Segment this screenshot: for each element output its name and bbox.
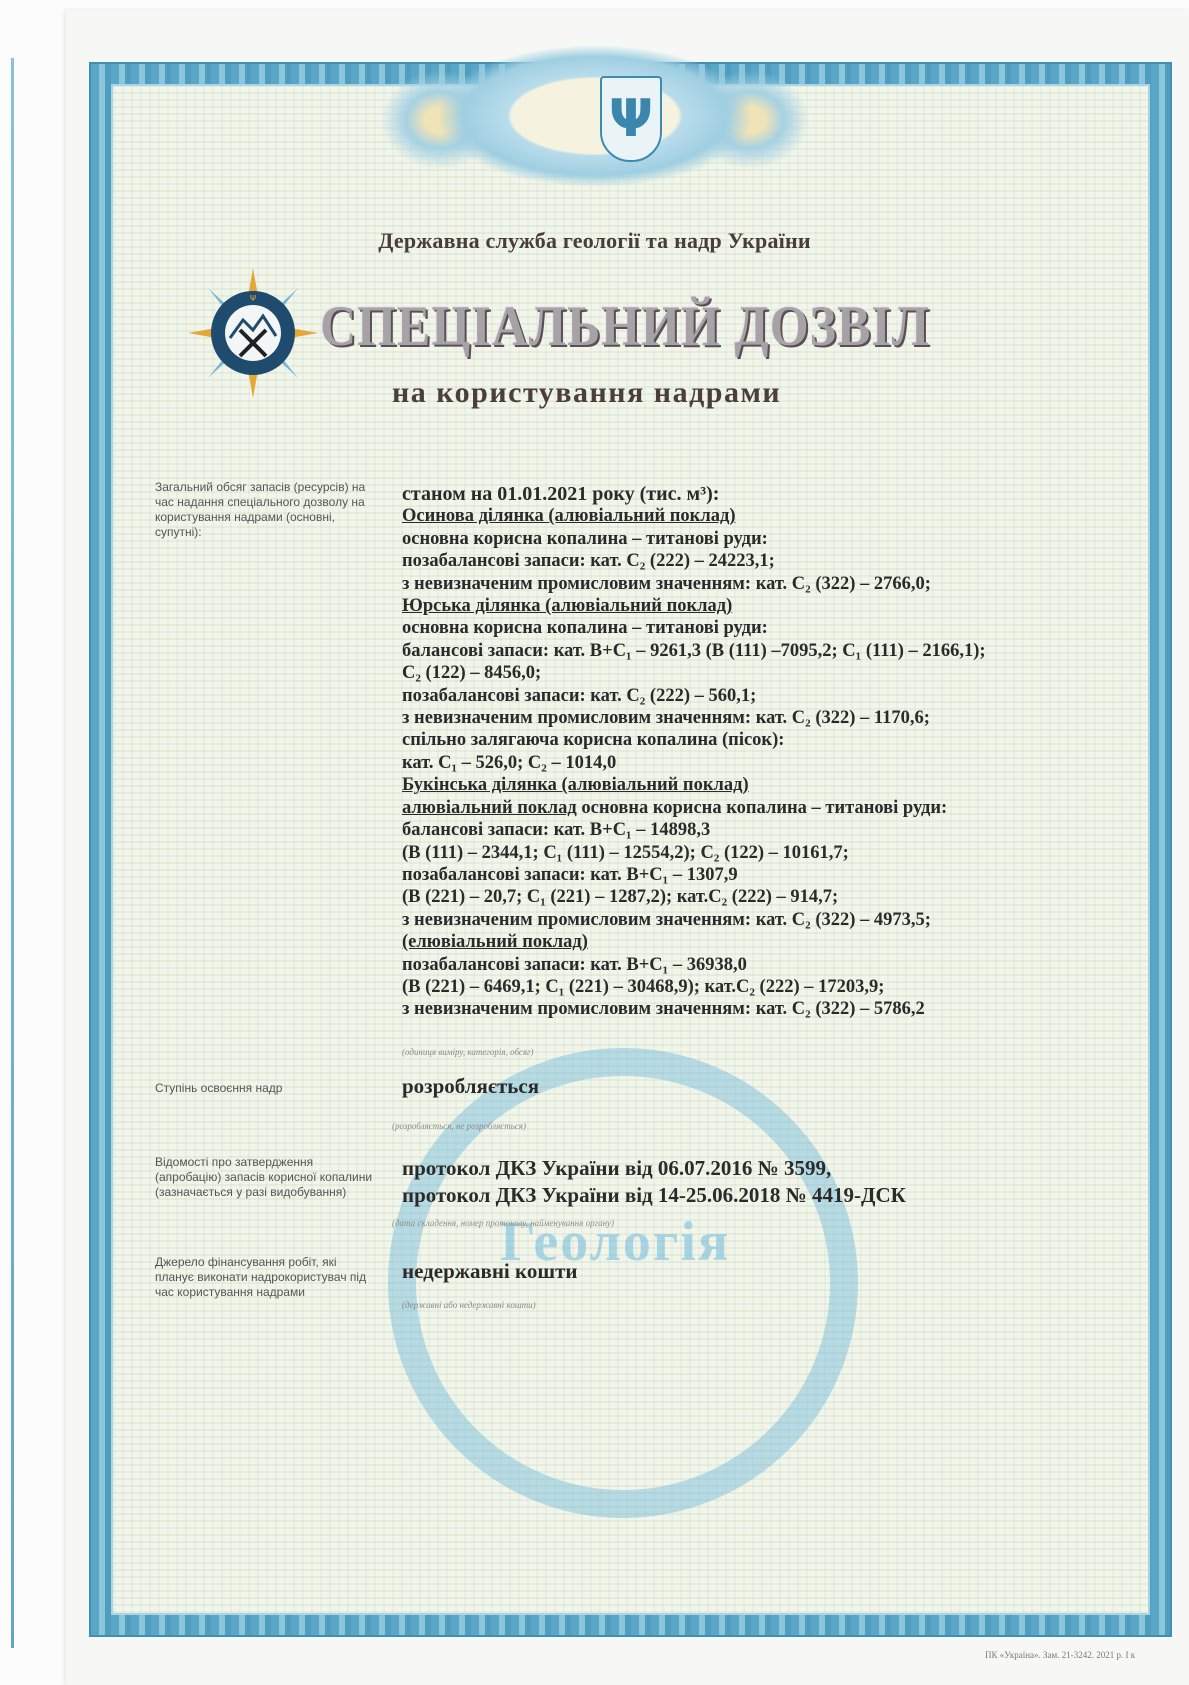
issuing-agency: Державна служба геології та надр України <box>0 228 1189 254</box>
reserve-section-heading: Юрська ділянка (алювіальний поклад) <box>402 596 732 616</box>
reserve-line: Юрська ділянка (алювіальний поклад) <box>402 595 986 617</box>
reserve-line: з невизначеним промисловим значенням: ка… <box>402 909 986 931</box>
reserve-text: основна корисна копалина – титанові руди… <box>577 798 947 818</box>
reserve-line: з невизначеним промисловим значенням: ка… <box>402 998 986 1020</box>
development-value: розробляється <box>402 1075 539 1097</box>
document-subtitle: на користування надрами <box>392 376 781 410</box>
reserve-section-heading: Букінська ділянка (алювіальний поклад) <box>402 775 749 795</box>
reserves-value: станом на 01.01.2021 року (тис. м³):Осин… <box>402 483 986 1021</box>
reserve-text: з невизначеним промисловим значенням: ка… <box>402 910 931 930</box>
reserve-line: позабалансові запаси: кат. B+C₁ – 1307,9 <box>402 864 986 886</box>
reserve-section-heading: алювіальний поклад <box>402 798 577 818</box>
reserve-line: C₂ (122) – 8456,0; <box>402 662 986 684</box>
geology-stamp-watermark <box>388 1048 858 1518</box>
reserve-line: з невизначеним промисловим значенням: ка… <box>402 573 986 595</box>
svg-text:Ψ: Ψ <box>250 294 256 303</box>
reserve-line: основна корисна копалина – титанові руди… <box>402 617 986 639</box>
reserve-text: основна корисна копалина – титанові руди… <box>402 618 768 638</box>
reserve-text: основна корисна копалина – титанові руди… <box>402 529 768 549</box>
reserve-line: Букінська ділянка (алювіальний поклад) <box>402 774 986 796</box>
reserve-text: з невизначеним промисловим значенням: ка… <box>402 999 925 1019</box>
approval-label: Відомості про затвердження (апробацію) з… <box>155 1155 375 1200</box>
reserve-line: балансові запаси: кат. B+C₁ – 14898,3 <box>402 819 986 841</box>
reserve-line: алювіальний поклад основна корисна копал… <box>402 797 986 819</box>
reserve-line: станом на 01.01.2021 року (тис. м³): <box>402 483 986 505</box>
reserve-text: балансові запаси: кат. B+C₁ – 9261,3 (B … <box>402 641 986 661</box>
reserve-line: (B (221) – 20,7; C₁ (221) – 1287,2); кат… <box>402 886 986 908</box>
reserve-text: станом на 01.01.2021 року (тис. м³): <box>402 483 719 505</box>
financing-label: Джерело фінансування робіт, які планує в… <box>155 1255 375 1300</box>
reserves-hint: (одиниця виміру, категорія, обсяг) <box>402 1047 534 1057</box>
crest-rosette <box>440 46 750 186</box>
reserve-line: кат. C₁ – 526,0; C₂ – 1014,0 <box>402 752 986 774</box>
reserve-line: позабалансові запаси: кат. C₂ (222) – 24… <box>402 550 986 572</box>
reserves-label: Загальний обсяг запасів (ресурсів) на ча… <box>155 480 375 540</box>
reserve-text: кат. C₁ – 526,0; C₂ – 1014,0 <box>402 753 616 773</box>
reserve-line: спільно залягаюча корисна копалина (пісо… <box>402 729 986 751</box>
reserve-text: з невизначеним промисловим значенням: ка… <box>402 574 931 594</box>
reserve-text: балансові запаси: кат. B+C₁ – 14898,3 <box>402 820 710 840</box>
reserve-text: (B (221) – 6469,1; C₁ (221) – 30468,9); … <box>402 977 884 997</box>
geology-service-emblem-icon: Ψ <box>188 268 318 398</box>
approval-hint: (дата складення, номер протоколу, наймен… <box>392 1218 614 1228</box>
reserve-line: (B (111) – 2344,1; C₁ (111) – 12554,2); … <box>402 842 986 864</box>
reserve-text: позабалансові запаси: кат. B+C₁ – 1307,9 <box>402 865 738 885</box>
approval-value: протокол ДКЗ України від 06.07.2016 № 35… <box>402 1155 906 1209</box>
reserve-line: позабалансові запаси: кат. C₂ (222) – 56… <box>402 685 986 707</box>
development-label: Ступінь освоєння надр <box>155 1081 375 1096</box>
reserve-text: позабалансові запаси: кат. C₂ (222) – 24… <box>402 551 775 571</box>
reserve-text: позабалансові запаси: кат. C₂ (222) – 56… <box>402 686 756 706</box>
reserve-line: з невизначеним промисловим значенням: ка… <box>402 707 986 729</box>
trident-coat-of-arms-icon: Ψ <box>600 76 662 162</box>
reserve-section-heading: Осинова ділянка (алювіальний поклад) <box>402 506 736 526</box>
print-info: ПК «Україна». Зам. 21-3242. 2021 р. I к <box>985 1650 1135 1660</box>
document-title: СПЕЦІАЛЬНИЙ ДОЗВІЛ <box>320 292 930 359</box>
approval-line: протокол ДКЗ України від 14-25.06.2018 №… <box>402 1182 906 1209</box>
reserve-line: основна корисна копалина – титанові руди… <box>402 528 986 550</box>
financing-value: недержавні кошти <box>402 1260 578 1282</box>
reserve-section-heading: (елювіальний поклад) <box>402 932 588 952</box>
reserve-text: з невизначеним промисловим значенням: ка… <box>402 708 930 728</box>
financing-hint: (державні або недержавні кошти) <box>402 1300 536 1310</box>
reserve-line: Осинова ділянка (алювіальний поклад) <box>402 505 986 527</box>
reserve-text: (B (111) – 2344,1; C₁ (111) – 12554,2); … <box>402 843 849 863</box>
reserve-line: позабалансові запаси: кат. B+C₁ – 36938,… <box>402 954 986 976</box>
reserve-line: (B (221) – 6469,1; C₁ (221) – 30468,9); … <box>402 976 986 998</box>
development-hint: (розробляється, не розробляється) <box>392 1121 526 1131</box>
reserve-text: позабалансові запаси: кат. B+C₁ – 36938,… <box>402 955 747 975</box>
reserve-text: (B (221) – 20,7; C₁ (221) – 1287,2); кат… <box>402 887 838 907</box>
page-edge-strip <box>11 58 14 1648</box>
reserve-text: спільно залягаюча корисна копалина (пісо… <box>402 730 784 750</box>
reserve-line: балансові запаси: кат. B+C₁ – 9261,3 (B … <box>402 640 986 662</box>
reserve-text: C₂ (122) – 8456,0; <box>402 663 541 683</box>
reserve-line: (елювіальний поклад) <box>402 931 986 953</box>
approval-line: протокол ДКЗ України від 06.07.2016 № 35… <box>402 1155 906 1182</box>
